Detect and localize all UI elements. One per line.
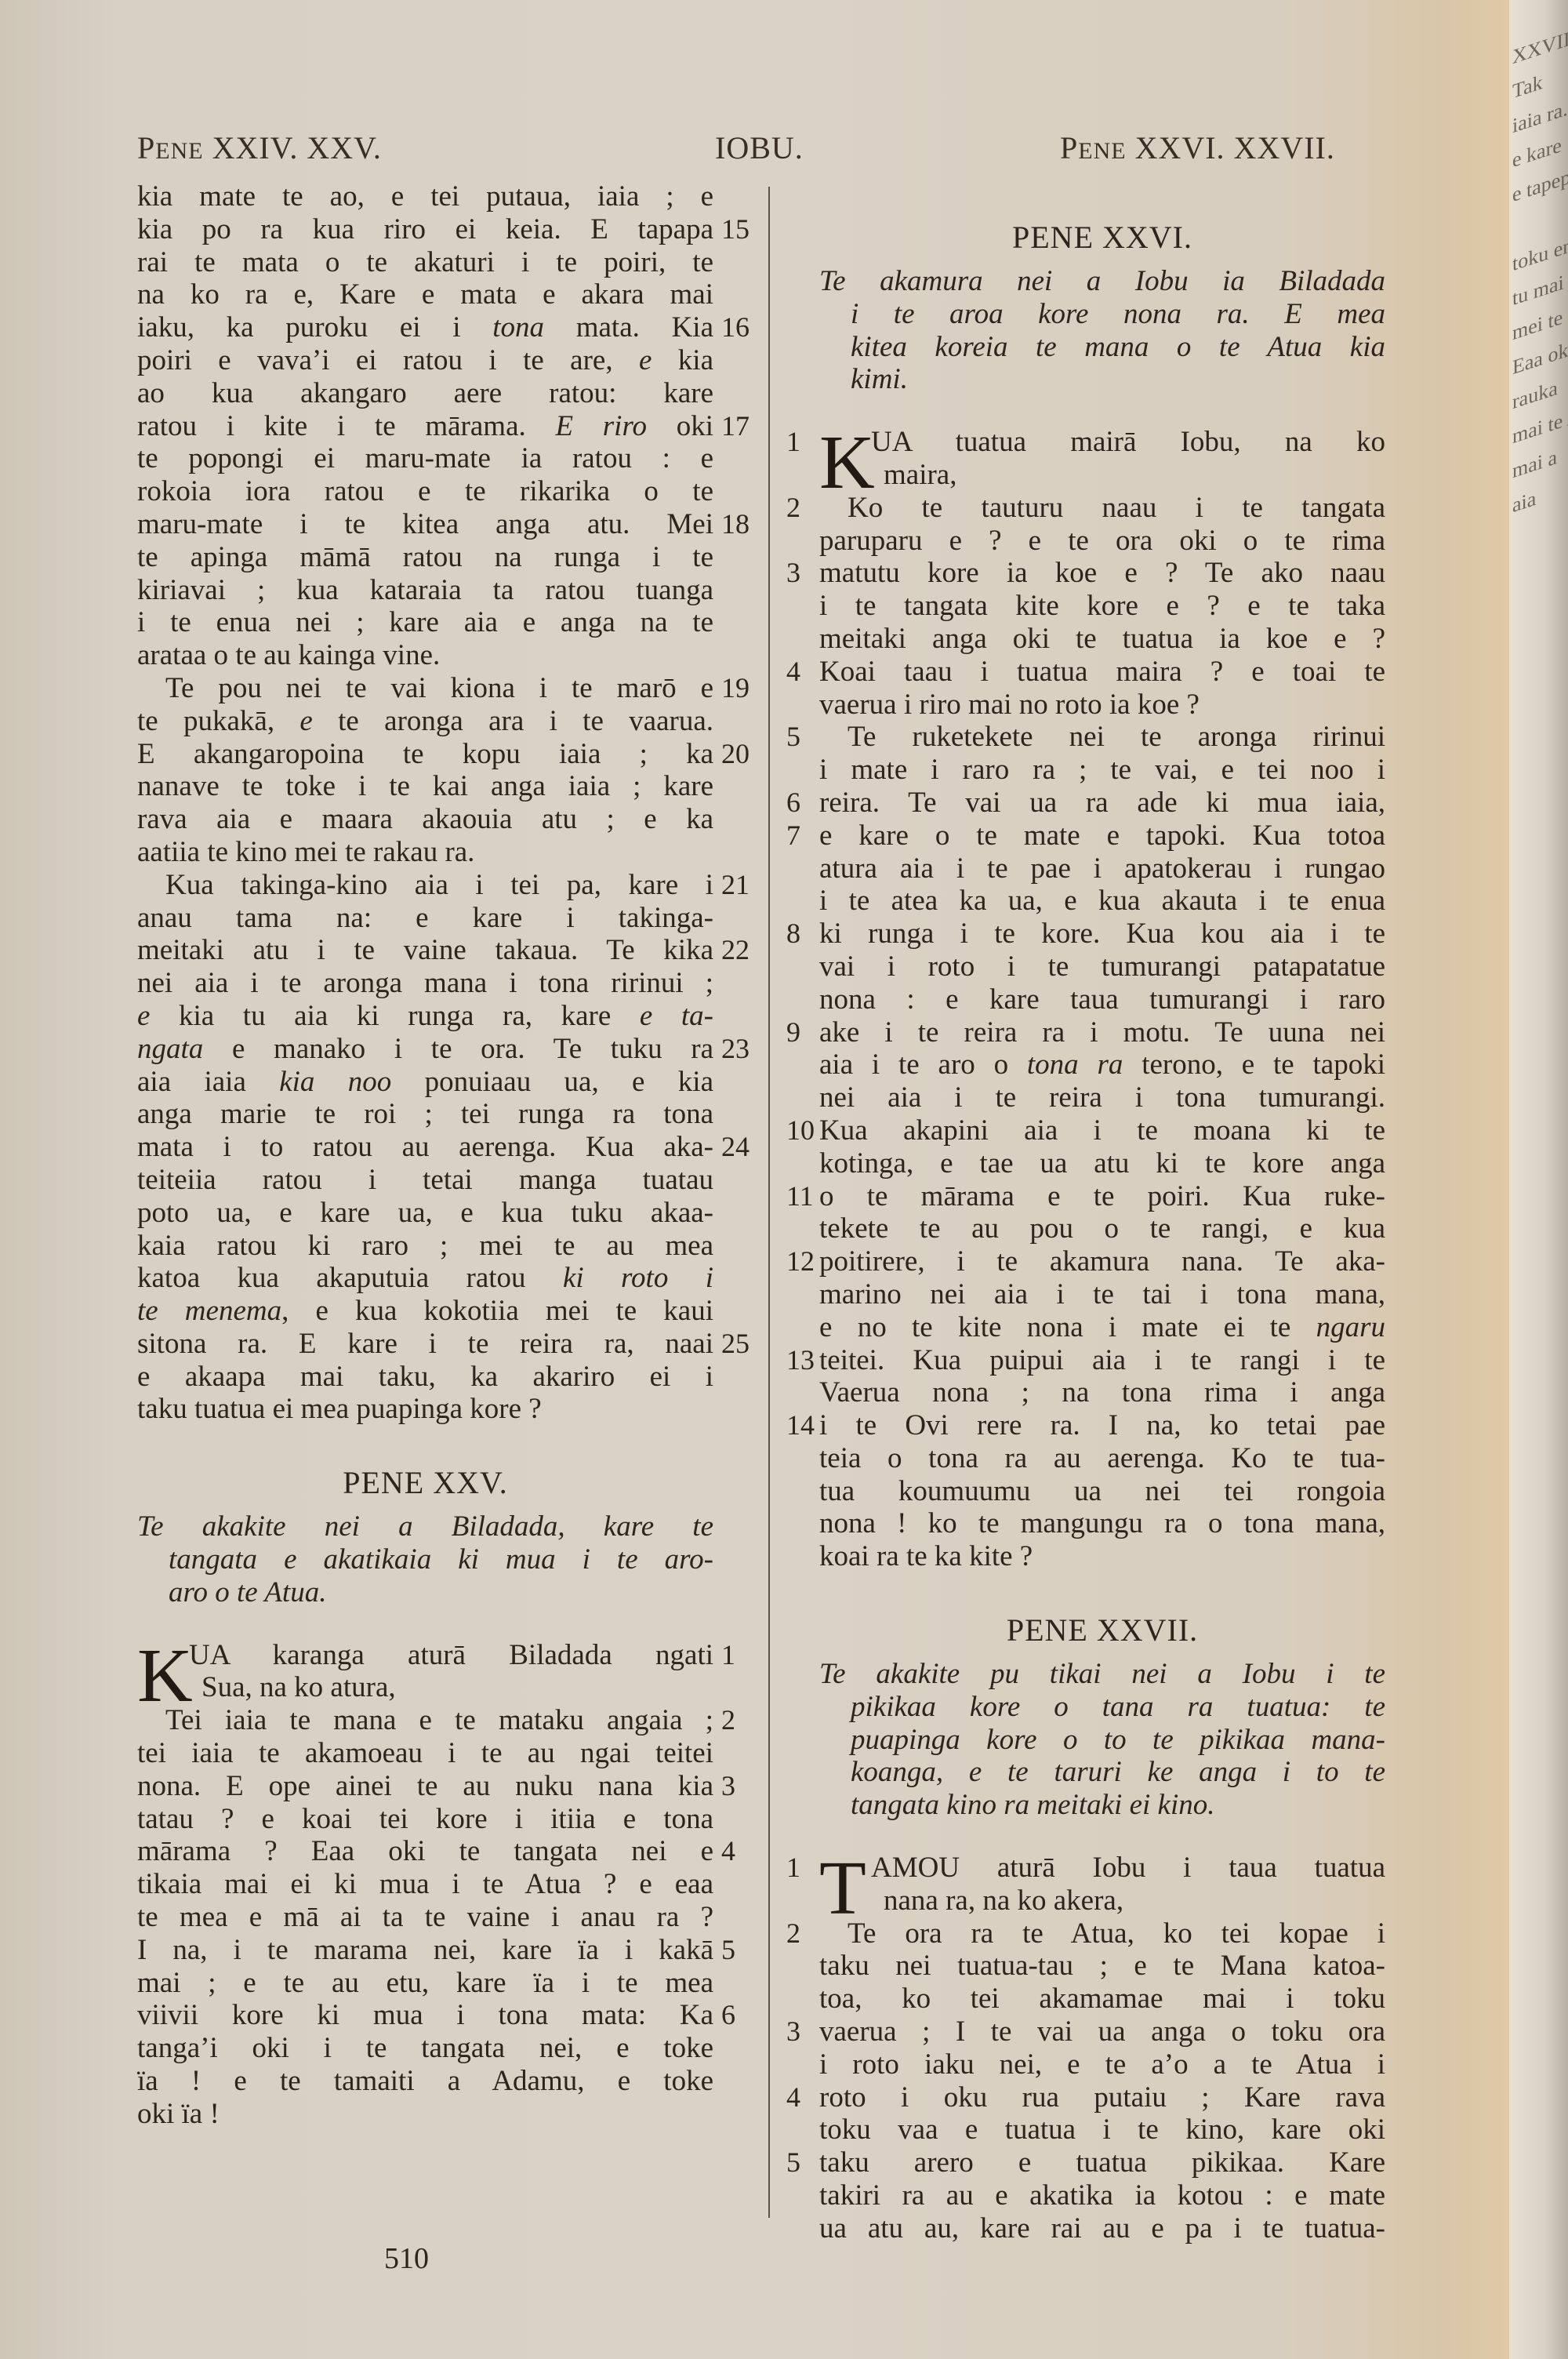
line-text: mata. Kia [544, 311, 713, 343]
line-text: meitaki atu i te vaine takaua. Te kika [137, 934, 713, 966]
verse-number: 14 [786, 1409, 815, 1442]
verse-line: katoa kua akaputuia ratou ki roto i [137, 1262, 713, 1295]
summary-line: tangata e akatikaia ki mua i te aro- [137, 1543, 713, 1576]
line-text: te pukakā, [137, 705, 299, 737]
line-text: kia [652, 344, 713, 376]
verse-number: 22 [721, 934, 750, 967]
verse-number: 5 [786, 2146, 815, 2179]
verse-line: vaerua ; I te vai ua anga o toku ora3 [819, 2016, 1385, 2048]
verse-number: 2 [721, 1704, 735, 1737]
line-text: taku nei tuatua-tau ; e te Mana katoa- [819, 1950, 1385, 1982]
line-text: teitei. Kua puipui aia i te rangi i te [819, 1344, 1385, 1376]
line-text: na ko ra e, Kare e mata e akara mai [137, 278, 713, 311]
line-text: taku tuatua ei mea puapinga kore ? [137, 1393, 542, 1425]
verse-line: AMOU aturā Iobu i taua tuatua1 [819, 1852, 1385, 1885]
verse-number: 7 [786, 820, 815, 852]
line-text: koai ra te ka kite ? [819, 1540, 1033, 1572]
verse-line: rokoia iora ratou e te rikarika o te [137, 475, 713, 508]
verse-line: rai te mata o te akaturi i te poiri, te [137, 246, 713, 279]
line-text: Kua takinga-kino aia i tei pa, kare i [165, 869, 713, 901]
spacer [819, 1822, 1385, 1852]
running-head-book-title: IOBU. [715, 129, 804, 166]
line-text: Te ora ra te Atua, ko tei kopae i [848, 1917, 1385, 1950]
line-text: te popongi ei maru-mate ia ratou : e [137, 442, 713, 474]
line-text: poiri e vava’i ei ratou i te are, [137, 344, 639, 376]
summary-line: Te akakite nei a Biladada, kare te [137, 1510, 713, 1543]
verse-number: 5 [786, 721, 815, 754]
line-text: rai te mata o te akaturi i te poiri, te [137, 246, 713, 278]
line-text: kia po ra kua riro ei keia. E tapapa [137, 213, 713, 245]
verse-line: Koai taau i tuatua maira ? e toai te4 [819, 656, 1385, 689]
verse-line: viivii kore ki mua i tona mata: Ka6 [137, 1999, 713, 2032]
verse-line: e no te kite nona i mate ei te ngaru [819, 1311, 1385, 1344]
verse-line: aia iaia kia noo ponuiaau ua, e kia [137, 1066, 713, 1099]
line-text: matutu kore ia koe e ? Te ako naau [819, 557, 1385, 589]
line-text: I na, i te marama nei, kare ïa i kakā [137, 1934, 713, 1966]
line-text: ponuiaau ua, e kia [391, 1066, 713, 1098]
line-text: Ko te tauturu naau i te tangata [848, 492, 1385, 524]
line-text: rokoia iora ratou e te rikarika o te [137, 475, 713, 507]
verse-line: i te Ovi rere ra. I na, ko tetai pae14 [819, 1409, 1385, 1442]
verse-line: mata i to ratou au aerenga. Kua aka-24 [137, 1131, 713, 1164]
italic-text: ki roto i [563, 1262, 713, 1294]
verse-line: tanga’i oki i te tangata nei, e toke [137, 2032, 713, 2065]
verse-line: nei aia i te aronga mana i tona ririnui … [137, 967, 713, 1000]
line-text: nona : e kare taua tumurangi i raro [819, 983, 1385, 1016]
line-text: toku vaa e tuatua i te kino, kare oki [819, 2114, 1385, 2146]
next-page-bleed-text: XXVII. XXTakiaia ra.e karee tapepe m tok… [1512, 23, 1567, 524]
verse-number: 23 [721, 1033, 750, 1066]
line-text: tekete te au pou o te rangi, e kua [819, 1212, 1385, 1245]
verse-line: ki runga i te kore. Kua kou aia i te8 [819, 918, 1385, 951]
line-text: meitaki anga oki te tuatua ia koe e ? [819, 623, 1385, 655]
verse-line: kia mate te ao, e tei putaua, iaia ; e [137, 180, 713, 213]
line-text: kotinga, e tae ua atu ki te kore anga [819, 1147, 1385, 1179]
line-text: teiteiia ratou i tetai manga tuatau [137, 1164, 713, 1196]
verse-line: takiri ra au e akatika ia kotou : e mate [819, 2179, 1385, 2212]
verse-number: 13 [786, 1344, 815, 1377]
verse-line: te menema, e kua kokotiia mei te kaui [137, 1295, 713, 1328]
spacer [819, 1573, 1385, 1603]
line-text: teia o tona ra au aerenga. Ko te tua- [819, 1442, 1385, 1474]
verse-line: Kua takinga-kino aia i tei pa, kare i21 [137, 869, 713, 902]
verse-line: anau tama na: e kare i takinga- [137, 902, 713, 935]
line-text: Koai taau i tuatua maira ? e toai te [819, 656, 1385, 688]
line-text: i mate i raro ra ; te vai, e tei noo i [819, 754, 1385, 786]
line-text: UA tuatua mairā Iobu, na ko [871, 426, 1385, 458]
line-text: mata i to ratou au aerenga. Kua aka- [137, 1131, 713, 1163]
summary-line: Te akamura nei a Iobu ia Biladada [819, 265, 1385, 298]
line-text: ake i te reira ra i motu. Te uuna nei [819, 1016, 1385, 1049]
verse-line: marino nei aia i te tai i tona mana, [819, 1278, 1385, 1311]
line-text: mārama ? Eaa oki te tangata nei e [137, 1835, 713, 1867]
italic-text: te menema [137, 1295, 281, 1327]
line-text: vai i roto i te tumurangi patapatatue [819, 951, 1385, 983]
verse-line: anga marie te roi ; tei runga ra tona [137, 1098, 713, 1131]
verse-number: 1 [786, 426, 815, 459]
line-text: tanga’i oki i te tangata nei, e toke [137, 2032, 713, 2064]
verse-line: nona. E ope ainei te au nuku nana kia3 [137, 1770, 713, 1803]
line-text: roto i oku rua putaiu ; Kare rava [819, 2081, 1385, 2114]
running-head-right-smallcaps: ENE [1078, 138, 1126, 164]
italic-text: tona ra [1027, 1049, 1123, 1081]
verse-line: mārama ? Eaa oki te tangata nei e4 [137, 1835, 713, 1868]
verse-number: 3 [721, 1770, 735, 1803]
column-divider [768, 187, 770, 2218]
summary-line: koanga, e te taruri ke anga i to te [819, 1756, 1385, 1789]
verse-line: nona : e kare taua tumurangi i raro [819, 983, 1385, 1016]
line-text: takiri ra au e akatika ia kotou : e mate [819, 2179, 1385, 2212]
line-text: maru-mate i te kitea anga atu. Mei [137, 508, 713, 540]
summary-line: i te aroa kore nona ra. E mea [819, 298, 1385, 331]
verse-line: meitaki anga oki te tuatua ia koe e ? [819, 623, 1385, 656]
running-head-left-smallcaps: ENE [155, 138, 203, 164]
verse-line: paruparu e ? e te ora oki o te rima [819, 525, 1385, 558]
verse-number: 4 [721, 1835, 735, 1868]
line-text: ki runga i te kore. Kua kou aia i te [819, 918, 1385, 950]
verse-line: rava aia e maara akaouia atu ; e ka [137, 803, 713, 836]
line-text: nana ra, na ko akera, [884, 1885, 1123, 1917]
verse-line: Kua akapini aia i te moana ki te10 [819, 1114, 1385, 1147]
verse-line: maira, [819, 459, 1385, 492]
verse-line: i roto iaku nei, e te a’o a te Atua i [819, 2048, 1385, 2081]
italic-text: kia noo [279, 1066, 391, 1098]
verse-line: vaerua i riro mai no roto ia koe ? [819, 689, 1385, 722]
verse-number: 2 [786, 1917, 815, 1950]
verse-line: i mate i raro ra ; te vai, e tei noo i [819, 754, 1385, 787]
line-text: UA karanga aturā Biladada ngati [189, 1639, 713, 1671]
verse-line: Te pou nei te vai kiona i te marō e19 [137, 672, 713, 705]
verse-number: 18 [721, 508, 750, 541]
verse-line: UA tuatua mairā Iobu, na ko1 [819, 426, 1385, 459]
italic-text: e [299, 705, 312, 737]
verse-line: I na, i te marama nei, kare ïa i kakā5 [137, 1934, 713, 1967]
line-text: i roto iaku nei, e te a’o a te Atua i [819, 2048, 1385, 2081]
verse-line: toa, ko tei akamamae mai i toku [819, 1983, 1385, 2016]
verse-line: koai ra te ka kite ? [819, 1540, 1385, 1573]
line-text: marino nei aia i te tai i tona mana, [819, 1278, 1385, 1310]
verse-number: 4 [786, 2081, 815, 2114]
verse-line: taku nei tuatua-tau ; e te Mana katoa- [819, 1950, 1385, 1983]
chapter-body: TAMOU aturā Iobu i taua tuatua1nana ra, … [819, 1852, 1385, 2245]
summary-line: aro o te Atua. [137, 1576, 713, 1609]
summary-line: pikikaa kore o tana ra tuatua: te [819, 1691, 1385, 1724]
line-text: tatau ? e koai tei kore i itiia e tona [137, 1803, 713, 1835]
verse-line: Tei iaia te mana e te mataku angaia ;2 [137, 1704, 713, 1737]
running-head-right-chapters: XXVI. XXVII. [1127, 130, 1335, 165]
verse-line: kiriavai ; kua kataraia ta ratou tuanga [137, 574, 713, 607]
line-text: taku arero e tuatua pikikaa. Kare [819, 2146, 1385, 2179]
line-text: katoa kua akaputuia ratou [137, 1262, 563, 1294]
line-text: te aronga ara i te vaarua. [313, 705, 713, 737]
line-text: ratou i kite i te mārama. [137, 410, 555, 442]
verse-line: reira. Te vai ua ra ade ki mua iaia,6 [819, 787, 1385, 820]
verse-line: i te tangata kite kore e ? e te taka [819, 590, 1385, 623]
line-text: aia iaia [137, 1066, 279, 1098]
line-text: poitirere, i te akamura nana. Te aka- [819, 1245, 1385, 1278]
verse-number: 6 [721, 1999, 735, 2032]
verse-line: tekete te au pou o te rangi, e kua [819, 1212, 1385, 1245]
verse-number: 24 [721, 1131, 750, 1164]
chapter-summary: Te akamura nei a Iobu ia Biladadai te ar… [819, 265, 1385, 396]
verse-line: UA karanga aturā Biladada ngati1 [137, 1639, 713, 1672]
line-text: , e kua kokotiia mei te kaui [281, 1295, 713, 1327]
line-text: e no te kite nona i mate ei te [819, 1311, 1316, 1343]
verse-line: ao kua akangaro aere ratou: kare [137, 377, 713, 410]
line-text: e manako i te ora. Te tuku ra [203, 1033, 713, 1065]
line-text: tei iaia te akamoeau i te au ngai teitei [137, 1737, 713, 1769]
verse-number: 6 [786, 787, 815, 820]
verse-number: 17 [721, 410, 750, 443]
line-text: kiriavai ; kua kataraia ta ratou tuanga [137, 574, 713, 606]
verse-line: ngata e manako i te ora. Te tuku ra23 [137, 1033, 713, 1066]
line-text: e akaapa mai taku, ka akariro ei i [137, 1361, 713, 1393]
line-text: Tei iaia te mana e te mataku angaia ; [165, 1704, 713, 1736]
line-text: Te ruketekete nei te aronga ririnui [848, 721, 1385, 753]
italic-text: e [639, 344, 652, 376]
verse-line: te mea e mā ai ta te vaine i anau ra ? [137, 1901, 713, 1934]
line-text: mai ; e te au etu, kare ïa i te mea [137, 1967, 713, 1999]
summary-line: Te akakite pu tikai nei a Iobu i te [819, 1658, 1385, 1691]
verse-line: Sua, na ko atura, [137, 1671, 713, 1704]
line-text: kaia ratou ki raro ; mei te au mea [137, 1230, 713, 1262]
verse-line: meitaki atu i te vaine takaua. Te kika22 [137, 934, 713, 967]
verse-line: poitirere, i te akamura nana. Te aka-12 [819, 1245, 1385, 1278]
verse-line: Te ora ra te Atua, ko tei kopae i2 [819, 1917, 1385, 1950]
verse-line: nana ra, na ko akera, [819, 1885, 1385, 1917]
italic-text: ngata [137, 1033, 203, 1065]
verse-number: 4 [786, 656, 815, 689]
verse-number: 10 [786, 1114, 815, 1147]
verse-line: oki ïa ! [137, 2098, 713, 2131]
verse-number: 21 [721, 869, 750, 902]
line-text: tua koumuumu ua nei tei rongoia [819, 1475, 1385, 1507]
summary-line: kitea koreia te mana o te Atua kia [819, 331, 1385, 364]
verse-line: ratou i kite i te mārama. E riro oki17 [137, 410, 713, 443]
page-number: 510 [384, 2241, 429, 2276]
line-text: E akangaropoina te kopu iaia ; ka [137, 738, 713, 770]
verse-line: aatiia te kino mei te rakau ra. [137, 836, 713, 869]
verse-line: e kia tu aia ki runga ra, kare e ta- [137, 1000, 713, 1033]
verse-line: te apinga māmā ratou na runga i te [137, 541, 713, 574]
verse-line: teitei. Kua puipui aia i te rangi i te13 [819, 1344, 1385, 1377]
line-text: paruparu e ? e te ora oki o te rima [819, 525, 1385, 557]
verse-line: vai i roto i te tumurangi patapatatue [819, 951, 1385, 983]
line-text: Te pou nei te vai kiona i te marō e [165, 672, 713, 704]
line-text: te apinga māmā ratou na runga i te [137, 541, 713, 573]
line-text: Sua, na ko atura, [201, 1671, 396, 1703]
verse-number: 16 [721, 311, 750, 344]
verse-line: taku tuatua ei mea puapinga kore ? [137, 1393, 713, 1426]
verse-number: 3 [786, 2016, 815, 2048]
line-text: iaku, ka puroku ei i [137, 311, 492, 343]
line-text: o te mārama e te poiri. Kua ruke- [819, 1180, 1385, 1212]
verse-line: te pukakā, e te aronga ara i te vaarua. [137, 705, 713, 738]
running-head-left-chapters: XXIV. XXV. [204, 130, 382, 165]
verse-line: Te ruketekete nei te aronga ririnui5 [819, 721, 1385, 754]
running-head-left: PENE XXIV. XXV. [137, 129, 382, 166]
line-text: kia tu aia ki runga ra, kare [150, 1000, 639, 1032]
left-column: kia mate te ao, e tei putaua, iaia ; eki… [137, 180, 713, 2131]
line-text: te mea e mā ai ta te vaine i anau ra ? [137, 1901, 713, 1933]
line-text: nei aia i te reira i tona tumurangi. [819, 1081, 1385, 1114]
line-text: anau tama na: e kare i takinga- [137, 902, 713, 934]
line-text: viivii kore ki mua i tona mata: Ka [137, 1999, 713, 2031]
line-text: toa, ko tei akamamae mai i toku [819, 1983, 1385, 2015]
line-text: nona. E ope ainei te au nuku nana kia [137, 1770, 713, 1802]
line-text: tikaia mai ei ki mua i te Atua ? e eaa [137, 1868, 713, 1900]
line-text: i te enua nei ; kare aia e anga na te [137, 606, 713, 638]
line-text: oki [647, 410, 713, 442]
line-text: nona ! ko te mangungu ra o tona mana, [819, 1507, 1385, 1539]
verse-line: ua atu au, kare rai au e pa i te tuatua- [819, 2212, 1385, 2245]
line-text: reira. Te vai ua ra ade ki mua iaia, [819, 787, 1385, 819]
verse-line: tua koumuumu ua nei tei rongoia [819, 1475, 1385, 1508]
verse-line: poiri e vava’i ei ratou i te are, e kia [137, 344, 713, 377]
book-page: PENE XXIV. XXV. IOBU. PENE XXVI. XXVII. … [0, 0, 1509, 2359]
line-text: ua atu au, kare rai au e pa i te tuatua- [819, 2212, 1385, 2245]
verse-line: kotinga, e tae ua atu ki te kore anga [819, 1147, 1385, 1180]
verse-line: te popongi ei maru-mate ia ratou : e [137, 442, 713, 475]
line-text: ïa ! e te tamaiti a Adamu, e toke [137, 2065, 713, 2097]
verse-number: 3 [786, 557, 815, 590]
verse-line: sitona ra. E kare i te reira ra, naai25 [137, 1328, 713, 1361]
running-head-right: PENE XXVI. XXVII. [1060, 129, 1335, 166]
verse-line: E akangaropoina te kopu iaia ; ka20 [137, 738, 713, 771]
verse-line: iaku, ka puroku ei i tona mata. Kia16 [137, 311, 713, 344]
verse-number: 25 [721, 1328, 750, 1361]
line-text: e kare o te mate e tapoki. Kua totoa [819, 820, 1385, 852]
verse-line: kaia ratou ki raro ; mei te au mea [137, 1230, 713, 1263]
verse-line: taku arero e tuatua pikikaa. Kare5 [819, 2146, 1385, 2179]
verse-line: nanave te toke i te kai anga iaia ; kare [137, 770, 713, 803]
verse-line: nei aia i te reira i tona tumurangi. [819, 1081, 1385, 1114]
verse-line: teia o tona ra au aerenga. Ko te tua- [819, 1442, 1385, 1475]
verse-line: poto ua, e kare ua, e kua tuku akaa- [137, 1197, 713, 1230]
verse-line: arataa o te au kainga vine. [137, 639, 713, 672]
line-text: anga marie te roi ; tei runga ra tona [137, 1098, 713, 1130]
verse-number: 12 [786, 1245, 815, 1278]
line-text: aatiia te kino mei te rakau ra. [137, 836, 474, 868]
verse-line: tei iaia te akamoeau i te au ngai teitei [137, 1737, 713, 1770]
chapter-summary: Te akakite pu tikai nei a Iobu i tepikik… [819, 1658, 1385, 1822]
line-text: vaerua ; I te vai ua anga o toku ora [819, 2016, 1385, 2048]
verse-line: i te enua nei ; kare aia e anga na te [137, 606, 713, 639]
verse-number: 20 [721, 738, 750, 771]
italic-text: tona [492, 311, 544, 343]
italic-text: e [137, 1000, 150, 1032]
verse-line: ïa ! e te tamaiti a Adamu, e toke [137, 2065, 713, 2098]
verse-line: o te mārama e te poiri. Kua ruke-11 [819, 1180, 1385, 1213]
verse-number: 15 [721, 213, 750, 246]
running-head-left-initial: P [137, 130, 155, 165]
chapter-heading: PENE XXVI. [819, 210, 1385, 265]
verse-line: e akaapa mai taku, ka akariro ei i [137, 1361, 713, 1394]
verse-line: Vaerua nona ; na tona rima i anga [819, 1376, 1385, 1409]
verse-line: tikaia mai ei ki mua i te Atua ? e eaa [137, 1868, 713, 1901]
chapter-heading: PENE XXVII. [819, 1603, 1385, 1658]
line-text: terono, e te tapoki [1123, 1049, 1385, 1081]
verse-line: tatau ? e koai tei kore i itiia e tona [137, 1803, 713, 1836]
running-head-right-initial: P [1060, 130, 1078, 165]
chapter-heading: PENE XXV. [137, 1456, 713, 1510]
verse-line: Ko te tauturu naau i te tangata2 [819, 492, 1385, 525]
verse-number: 9 [786, 1016, 815, 1049]
line-text: Kua akapini aia i te moana ki te [819, 1114, 1385, 1147]
verse-line: na ko ra e, Kare e mata e akara mai [137, 278, 713, 311]
verse-number: 2 [786, 492, 815, 525]
line-text: atura aia i te pae i apatokerau i rungao [819, 852, 1385, 885]
line-text: vaerua i riro mai no roto ia koe ? [819, 689, 1200, 721]
line-text: ao kua akangaro aere ratou: kare [137, 377, 713, 409]
verse-line: aia i te aro o tona ra terono, e te tapo… [819, 1049, 1385, 1081]
line-text: nanave te toke i te kai anga iaia ; kare [137, 770, 713, 802]
verse-line: e kare o te mate e tapoki. Kua totoa7 [819, 820, 1385, 852]
line-text: kia mate te ao, e tei putaua, iaia ; e [137, 180, 713, 213]
line-text: aia i te aro o [819, 1049, 1027, 1081]
line-text: rava aia e maara akaouia atu ; e ka [137, 803, 713, 835]
line-text: i te tangata kite kore e ? e te taka [819, 590, 1385, 622]
line-text: i te atea ka ua, e kua akauta i te enua [819, 885, 1385, 917]
spacer [137, 1609, 713, 1639]
line-text: maira, [884, 459, 956, 491]
spacer [819, 396, 1385, 426]
verse-line: mai ; e te au etu, kare ïa i te mea [137, 1967, 713, 2000]
line-text: oki ïa ! [137, 2098, 220, 2130]
next-page-edge: XXVII. XXTakiaia ra.e karee tapepe m tok… [1509, 0, 1568, 2359]
verse-line: teiteiia ratou i tetai manga tuatau [137, 1164, 713, 1197]
line-text: nei aia i te aronga mana i tona ririnui … [137, 967, 713, 999]
chapter-body: KUA karanga aturā Biladada ngati1Sua, na… [137, 1639, 713, 2131]
verse-number: 8 [786, 918, 815, 951]
italic-text: e ta- [640, 1000, 713, 1032]
summary-line: tangata kino ra meitaki ei kino. [819, 1789, 1385, 1822]
line-text: i te Ovi rere ra. I na, ko tetai pae [819, 1409, 1385, 1441]
line-text: arataa o te au kainga vine. [137, 639, 440, 671]
verse-line: ake i te reira ra i motu. Te uuna nei9 [819, 1016, 1385, 1049]
italic-text: E riro [555, 410, 647, 442]
line-text: Vaerua nona ; na tona rima i anga [819, 1376, 1385, 1408]
italic-text: ngaru [1316, 1311, 1385, 1343]
verse-line: maru-mate i te kitea anga atu. Mei18 [137, 508, 713, 541]
spacer [137, 1426, 713, 1456]
verse-line: kia po ra kua riro ei keia. E tapapa15 [137, 213, 713, 246]
line-text: AMOU aturā Iobu i taua tuatua [871, 1852, 1385, 1884]
verse-number: 1 [721, 1639, 735, 1672]
right-column: PENE XXVI.Te akamura nei a Iobu ia Bilad… [819, 210, 1385, 2245]
line-text: sitona ra. E kare i te reira ra, naai [137, 1328, 713, 1360]
verse-number: 19 [721, 672, 750, 705]
chapter-body: KUA tuatua mairā Iobu, na ko1maira,Ko te… [819, 426, 1385, 1573]
verse-number: 5 [721, 1934, 735, 1967]
verse-line: roto i oku rua putaiu ; Kare rava4 [819, 2081, 1385, 2114]
verse-line: matutu kore ia koe e ? Te ako naau3 [819, 557, 1385, 590]
chapter-summary: Te akakite nei a Biladada, kare tetangat… [137, 1510, 713, 1608]
verse-line: i te atea ka ua, e kua akauta i te enua [819, 885, 1385, 918]
verse-number: 1 [786, 1852, 815, 1885]
summary-line: puapinga kore o to te pikikaa mana- [819, 1724, 1385, 1757]
verse-line: toku vaa e tuatua i te kino, kare oki [819, 2114, 1385, 2146]
verse-number: 11 [786, 1180, 815, 1213]
line-text: poto ua, e kare ua, e kua tuku akaa- [137, 1197, 713, 1229]
verse-line: atura aia i te pae i apatokerau i rungao [819, 852, 1385, 885]
verse-line: nona ! ko te mangungu ra o tona mana, [819, 1507, 1385, 1540]
summary-line: kimi. [819, 363, 1385, 396]
